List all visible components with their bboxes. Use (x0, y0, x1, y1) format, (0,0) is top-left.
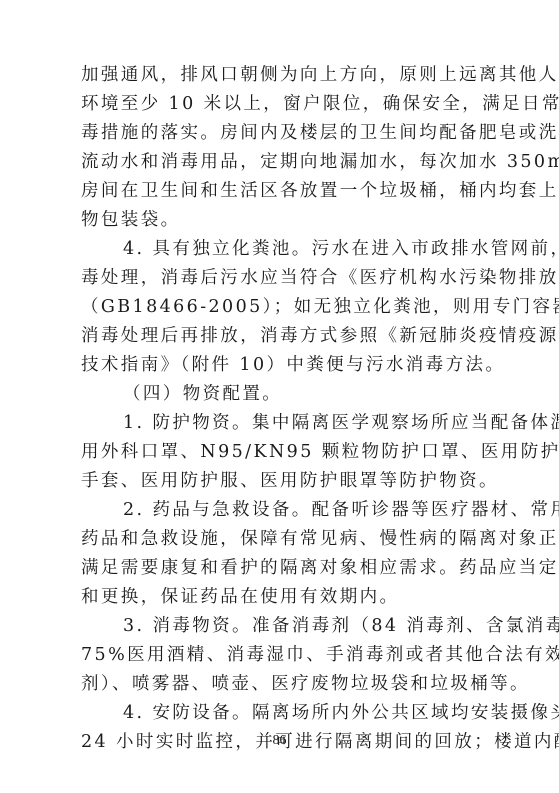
page-number: 86 (0, 733, 559, 749)
text-line: 和更换，保证药品在使用有效期内。 (81, 583, 485, 612)
text-line: 剂）、喷雾器、喷壶、医疗废物垃圾袋和垃圾桶等。 (81, 670, 485, 699)
text-line: 3. 消毒物资。准备消毒剂（84 消毒剂、含氯消毒泡腾片、 (81, 612, 485, 641)
text-line: 物包装袋。 (81, 206, 485, 235)
text-line: 4. 安防设备。隔离场所内外公共区域均安装摄像头，保证 (81, 699, 485, 728)
document-page: 加强通风，排风口朝侧为向上方向，原则上远离其他人居建筑环境至少 10 米以上，窗… (0, 0, 559, 793)
text-line: 技术指南》（附件 10）中粪便与污水消毒方法。 (81, 351, 485, 380)
text-line: 2. 药品与急救设备。配备听诊器等医疗器材、常用、急救 (81, 496, 485, 525)
text-line: 流动水和消毒用品，定期向地漏加水，每次加水 350ml。每个 (81, 148, 485, 177)
text-line: 用外科口罩、N95/KN95 颗粒物防护口罩、医用防护口罩 、医用 (81, 438, 485, 467)
text-line: 消毒处理后再排放，消毒方式参照《新冠肺炎疫情疫源地消毒 (81, 322, 485, 351)
document-body: 加强通风，排风口朝侧为向上方向，原则上远离其他人居建筑环境至少 10 米以上，窗… (81, 61, 485, 757)
text-line: 环境至少 10 米以上，窗户限位，确保安全，满足日常清洁和消 (81, 90, 485, 119)
text-line: 毒处理，消毒后污水应当符合《医疗机构水污染物排放标准》 (81, 264, 485, 293)
text-line: 1. 防护物资。集中隔离医学观察场所应当配备体温计、医 (81, 409, 485, 438)
text-line: 满足需要康复和看护的隔离对象相应需求。药品应当定期检查 (81, 554, 485, 583)
text-line: （四）物资配置。 (81, 380, 485, 409)
text-line: 75%医用酒精、消毒湿巾、手消毒剂或者其他合法有效的消毒 (81, 641, 485, 670)
text-line: （GB18466-2005）；如无独立化粪池，则用专门容器收集排泄物， (81, 293, 485, 322)
text-line: 毒措施的落实。房间内及楼层的卫生间均配备肥皂或洗手液、 (81, 119, 485, 148)
text-line: 房间在卫生间和生活区各放置一个垃圾桶，桶内均套上医疗废 (81, 177, 485, 206)
text-line: 加强通风，排风口朝侧为向上方向，原则上远离其他人居建筑 (81, 61, 485, 90)
text-line: 4. 具有独立化粪池。污水在进入市政排水管网前，进行消 (81, 235, 485, 264)
text-line: 药品和急救设施，保障有常见病、慢性病的隔离对象正常用药， (81, 525, 485, 554)
text-line: 手套、医用防护服、医用防护眼罩等防护物资。 (81, 467, 485, 496)
